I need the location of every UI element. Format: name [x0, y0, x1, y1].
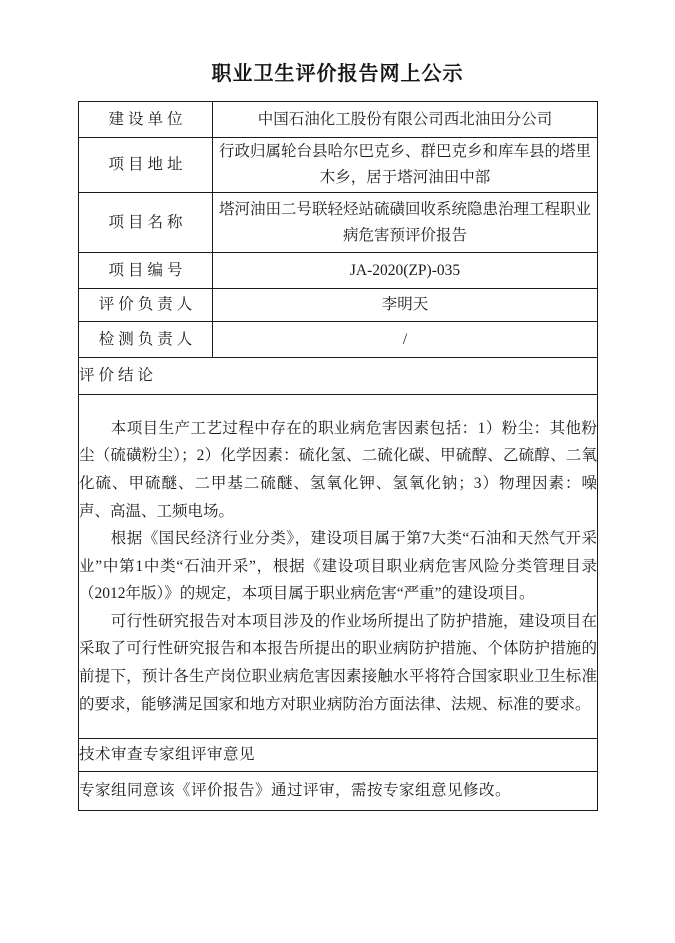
row-conclusion-body: 本项目生产工艺过程中存在的职业病危害因素包括：1）粉尘：其他粉尘（硫磺粉尘）；2…	[79, 395, 598, 739]
conclusion-section-label: 评价结论	[79, 358, 598, 395]
row-testing-lead: 检测负责人 /	[79, 322, 598, 358]
row-project-address: 项目地址 行政归属轮台县哈尔巴克乡、群巴克乡和库车县的塔里木乡，居于塔河油田中部	[79, 138, 598, 193]
row-construction-unit: 建设单位 中国石油化工股份有限公司西北油田分公司	[79, 102, 598, 138]
project-number-value: JA-2020(ZP)-035	[213, 253, 598, 289]
project-address-value: 行政归属轮台县哈尔巴克乡、群巴克乡和库车县的塔里木乡，居于塔河油田中部	[213, 138, 598, 193]
document-page: 职业卫生评价报告网上公示 建设单位 中国石油化工股份有限公司西北油田分公司 项目…	[0, 0, 675, 943]
project-name-value: 塔河油田二号联轻烃站硫磺回收系统隐患治理工程职业病危害预评价报告	[213, 193, 598, 253]
construction-unit-label: 建设单位	[79, 102, 213, 138]
conclusion-paragraph-2: 根据《国民经济行业分类》，建设项目属于第7大类“石油和天然气开采业”中第1中类“…	[79, 525, 597, 608]
row-project-number: 项目编号 JA-2020(ZP)-035	[79, 253, 598, 289]
row-expert-opinion: 专家组同意该《评价报告》通过评审，需按专家组意见修改。	[79, 772, 598, 811]
row-evaluation-lead: 评价负责人 李明天	[79, 289, 598, 322]
testing-lead-label: 检测负责人	[79, 322, 213, 358]
row-conclusion-label: 评价结论	[79, 358, 598, 395]
project-address-label: 项目地址	[79, 138, 213, 193]
project-number-label: 项目编号	[79, 253, 213, 289]
expert-opinion-text: 专家组同意该《评价报告》通过评审，需按专家组意见修改。	[79, 772, 598, 811]
page-title: 职业卫生评价报告网上公示	[0, 0, 675, 88]
conclusion-paragraph-1: 本项目生产工艺过程中存在的职业病危害因素包括：1）粉尘：其他粉尘（硫磺粉尘）；2…	[79, 415, 597, 525]
row-expert-review-label: 技术审查专家组评审意见	[79, 739, 598, 772]
project-name-label: 项目名称	[79, 193, 213, 253]
conclusion-text: 本项目生产工艺过程中存在的职业病危害因素包括：1）粉尘：其他粉尘（硫磺粉尘）；2…	[79, 395, 598, 739]
row-project-name: 项目名称 塔河油田二号联轻烃站硫磺回收系统隐患治理工程职业病危害预评价报告	[79, 193, 598, 253]
testing-lead-value: /	[213, 322, 598, 358]
evaluation-lead-value: 李明天	[213, 289, 598, 322]
report-table: 建设单位 中国石油化工股份有限公司西北油田分公司 项目地址 行政归属轮台县哈尔巴…	[78, 101, 598, 811]
conclusion-paragraph-3: 可行性研究报告对本项目涉及的作业场所提出了防护措施，建设项目在采取了可行性研究报…	[79, 608, 597, 718]
construction-unit-value: 中国石油化工股份有限公司西北油田分公司	[213, 102, 598, 138]
expert-review-section-label: 技术审查专家组评审意见	[79, 739, 598, 772]
evaluation-lead-label: 评价负责人	[79, 289, 213, 322]
